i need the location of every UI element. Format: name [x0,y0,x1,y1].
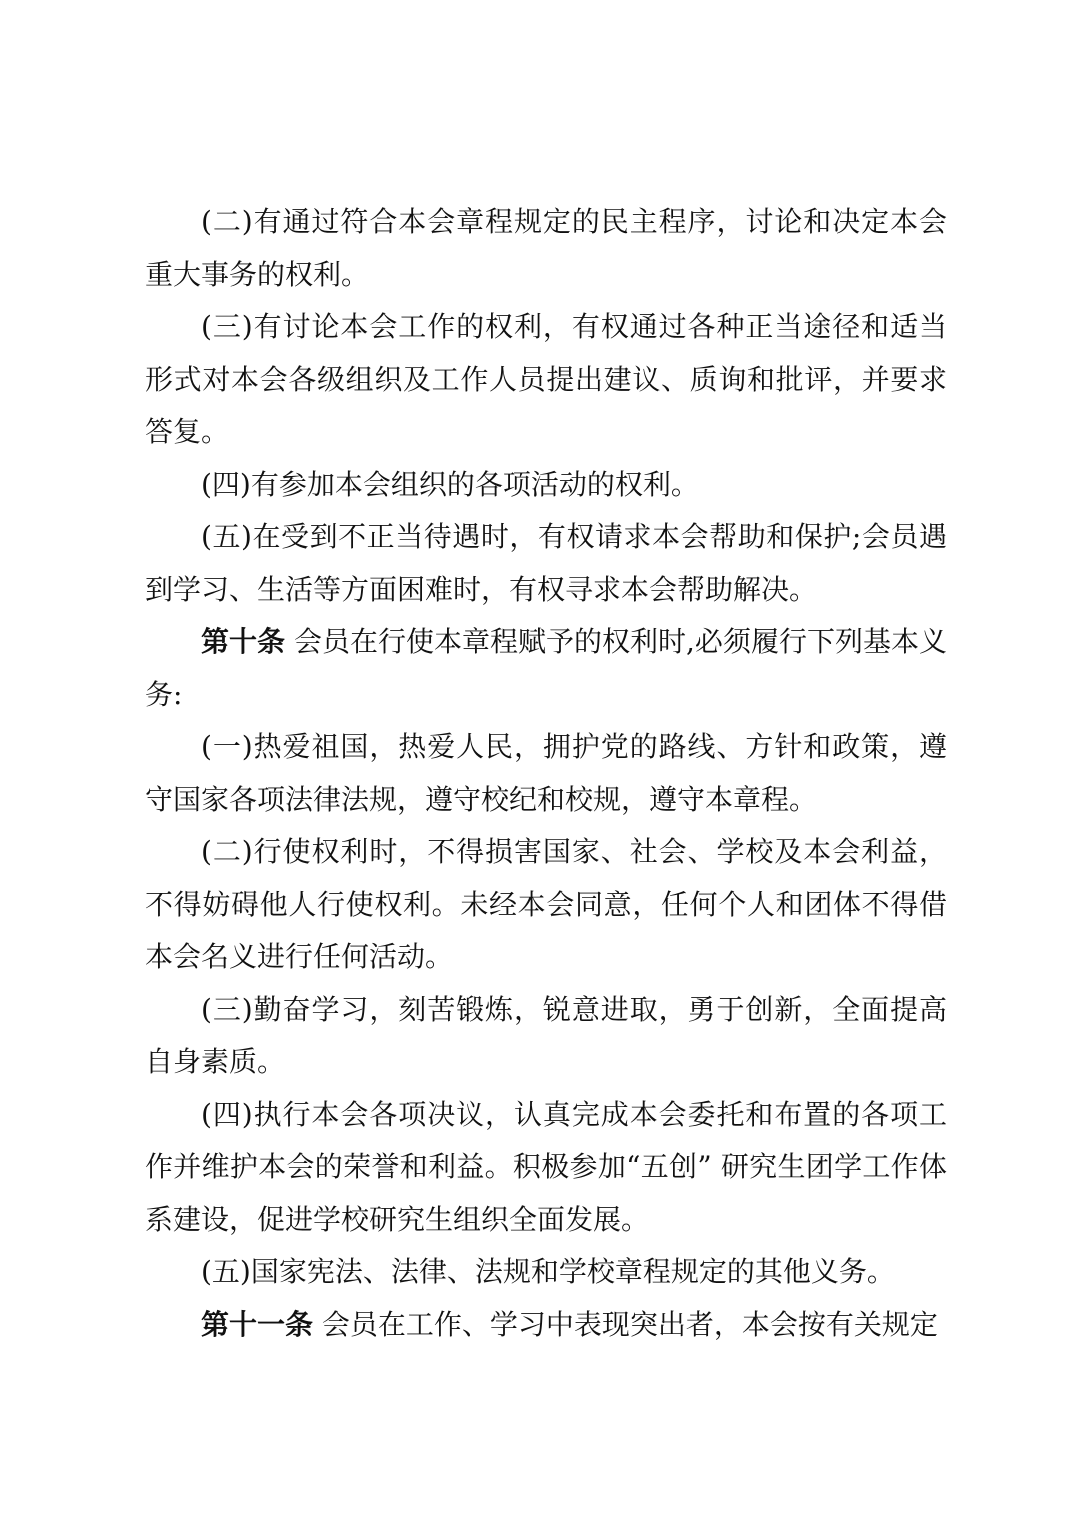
paragraph-text: (四)有参加本会组织的各项活动的权利。 [201,468,699,501]
paragraph-right-5: (五)在受到不正当待遇时，有权请求本会帮助和保护;会员遇到学习、生活等方面困难时… [145,511,947,616]
paragraph-duty-5: (五)国家宪法、法律、法规和学校章程规定的其他义务。 [145,1246,947,1299]
article-heading: 第十一条 [201,1308,313,1341]
article-heading: 第十条 [201,625,285,658]
paragraph-duty-2: (二)行使权利时，不得损害国家、社会、学校及本会利益，不得妨碍他人行使权利。未经… [145,826,947,984]
article-10: 第十条 会员在行使本章程赋予的权利时,必须履行下列基本义务: [145,616,947,721]
paragraph-text: (二)行使权利时，不得损害国家、社会、学校及本会利益，不得妨碍他人行使权利。未经… [145,835,947,973]
article-11: 第十一条 会员在工作、学习中表现突出者，本会按有关规定 [145,1299,947,1352]
paragraph-duty-4: (四)执行本会各项决议，认真完成本会委托和布置的各项工作并维护本会的荣誉和利益。… [145,1089,947,1247]
document-page: (二)有通过符合本会章程规定的民主程序，讨论和决定本会重大事务的权利。 (三)有… [145,196,947,1351]
paragraph-right-3: (三)有讨论本会工作的权利，有权通过各种正当途径和适当形式对本会各级组织及工作人… [145,301,947,459]
paragraph-text: 会员在工作、学习中表现突出者，本会按有关规定 [313,1308,938,1341]
paragraph-text: (五)国家宪法、法律、法规和学校章程规定的其他义务。 [201,1255,895,1288]
paragraph-text: (四)执行本会各项决议，认真完成本会委托和布置的各项工作并维护本会的荣誉和利益。… [145,1098,947,1236]
paragraph-text: (二)有通过符合本会章程规定的民主程序，讨论和决定本会重大事务的权利。 [145,205,947,291]
paragraph-duty-1: (一)热爱祖国，热爱人民，拥护党的路线、方针和政策，遵守国家各项法律法规，遵守校… [145,721,947,826]
paragraph-duty-3: (三)勤奋学习，刻苦锻炼，锐意进取，勇于创新，全面提高自身素质。 [145,984,947,1089]
paragraph-right-2: (二)有通过符合本会章程规定的民主程序，讨论和决定本会重大事务的权利。 [145,196,947,301]
paragraph-text: (三)勤奋学习，刻苦锻炼，锐意进取，勇于创新，全面提高自身素质。 [145,993,947,1079]
paragraph-text: (一)热爱祖国，热爱人民，拥护党的路线、方针和政策，遵守国家各项法律法规，遵守校… [145,730,947,816]
paragraph-text: (五)在受到不正当待遇时，有权请求本会帮助和保护;会员遇到学习、生活等方面困难时… [145,520,947,606]
paragraph-text: (三)有讨论本会工作的权利，有权通过各种正当途径和适当形式对本会各级组织及工作人… [145,310,947,448]
paragraph-right-4: (四)有参加本会组织的各项活动的权利。 [145,459,947,512]
